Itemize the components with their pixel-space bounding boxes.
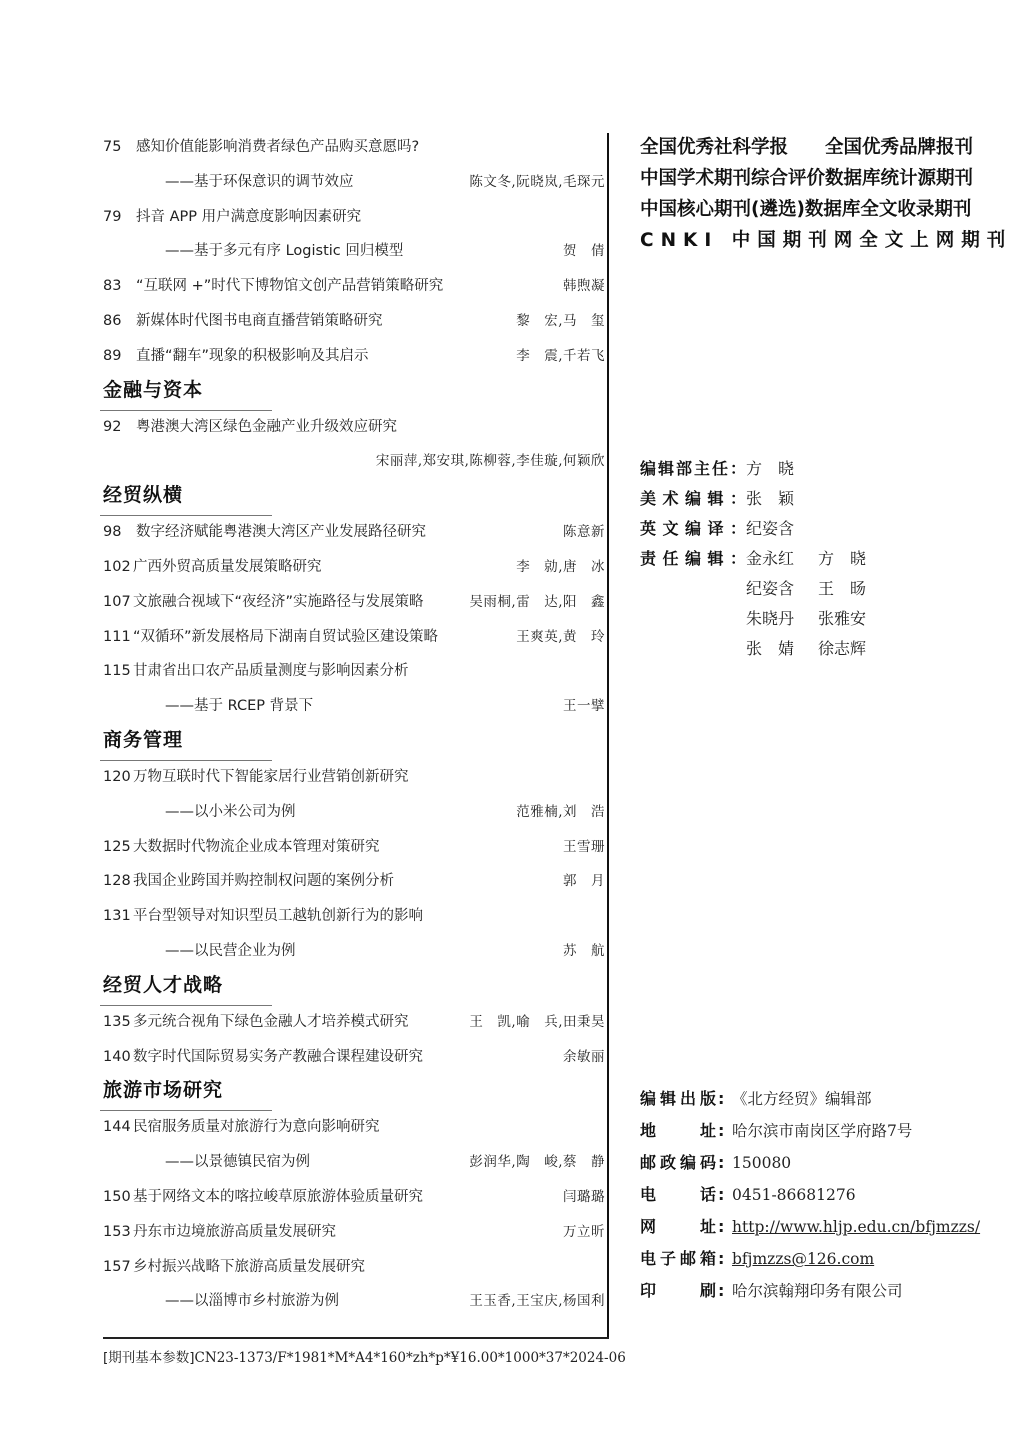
- toc-entry[interactable]: ——以景德镇民宿为例彭润华,陶 峻,蔡 静: [103, 1148, 605, 1183]
- toc-entry[interactable]: 宋丽萍,郑安琪,陈柳蓉,李佳璇,何颖欣: [103, 447, 605, 482]
- article-title: ——基于多元有序 Logistic 回归模型: [165, 237, 403, 265]
- article-title: ——基于环保意识的调节效应: [165, 168, 354, 196]
- journal-parameters-label: [期刊基本参数]: [103, 1350, 195, 1366]
- page-number: 75: [103, 133, 136, 161]
- toc-entry[interactable]: 92粤港澳大湾区绿色金融产业升级效应研究: [103, 413, 605, 448]
- colon: :: [716, 1245, 732, 1277]
- staff-names: 纪姿含王 旸: [746, 575, 890, 605]
- page-number: 128: [103, 867, 133, 895]
- article-title: 直播“翻车”现象的积极影响及其启示: [136, 342, 369, 370]
- toc-entry[interactable]: 157乡村振兴战略下旅游高质量发展研究: [103, 1253, 605, 1288]
- staff-name: 王 旸: [818, 575, 890, 603]
- staff-row: 编辑部主任：方 晓: [640, 455, 890, 485]
- staff-name: 纪姿含: [746, 575, 818, 603]
- honor-line: 中国核心期刊(遴选)数据库全文收录期刊: [640, 195, 940, 225]
- publication-label: 邮政编码: [640, 1149, 716, 1181]
- article-authors: 韩煦凝: [563, 272, 605, 300]
- staff-role: [640, 635, 746, 665]
- staff-names: 张 婧徐志辉: [746, 635, 890, 665]
- article-title: 数字经济赋能粤港澳大湾区产业发展路径研究: [136, 518, 426, 546]
- staff-names: 张 颖: [746, 485, 818, 515]
- toc-entry[interactable]: 135多元统合视角下绿色金融人才培养模式研究王 凯,喻 兵,田秉昊: [103, 1008, 605, 1043]
- section-title: 旅游市场研究: [103, 1075, 605, 1105]
- article-authors: 李 震,千若飞: [516, 342, 605, 370]
- honor-line: 全国优秀社科学报 全国优秀品牌报刊: [640, 133, 940, 163]
- publication-row: 邮政编码:150080: [640, 1149, 980, 1181]
- section-heading: 商务管理: [103, 725, 605, 763]
- article-title: “互联网 +”时代下博物馆文创产品营销策略研究: [136, 272, 443, 300]
- publication-link[interactable]: http://www.hljp.edu.cn/bfjmzzs/: [732, 1213, 980, 1245]
- page-number: 83: [103, 272, 136, 300]
- colon: :: [716, 1181, 732, 1213]
- staff-role: 编辑部主任：: [640, 455, 746, 485]
- article-authors: 王一擘: [563, 692, 605, 720]
- staff-names: 方 晓: [746, 455, 818, 485]
- page-number: 150: [103, 1183, 133, 1211]
- article-authors: 王 凯,喻 兵,田秉昊: [469, 1008, 605, 1036]
- colon: :: [716, 1213, 732, 1245]
- staff-name: 纪姿含: [746, 515, 818, 543]
- article-authors: 万立昕: [563, 1218, 605, 1246]
- publication-row: 地址:哈尔滨市南岗区学府路7号: [640, 1117, 980, 1149]
- article-title: ——以小米公司为例: [165, 798, 296, 826]
- toc-entry[interactable]: 131平台型领导对知识型员工越轨创新行为的影响: [103, 902, 605, 937]
- article-authors: 闫璐璐: [563, 1183, 605, 1211]
- page-number: 140: [103, 1043, 133, 1071]
- article-title: 广西外贸高质量发展策略研究: [133, 553, 322, 581]
- article-title: 民宿服务质量对旅游行为意向影响研究: [133, 1113, 380, 1141]
- article-authors: 贺 倩: [563, 237, 605, 265]
- publication-label: 电子邮箱: [640, 1245, 716, 1277]
- publication-value: 哈尔滨市南岗区学府路7号: [732, 1117, 912, 1149]
- article-authors: 彭润华,陶 峻,蔡 静: [469, 1148, 605, 1176]
- page-number: 115: [103, 657, 133, 685]
- publication-row: 编辑出版:《北方经贸》编辑部: [640, 1085, 980, 1117]
- page-number: 92: [103, 413, 136, 441]
- article-authors: 陈意新: [563, 518, 605, 546]
- section-underline: [100, 1005, 272, 1006]
- staff-row: 责任编辑：金永红方 晓: [640, 545, 890, 575]
- toc-entry[interactable]: 153丹东市边境旅游高质量发展研究万立昕: [103, 1218, 605, 1253]
- staff-name: 张雅安: [818, 605, 890, 633]
- staff-name: 张 婧: [746, 635, 818, 663]
- staff-names: 金永红方 晓: [746, 545, 890, 575]
- staff-row: 英文编译：纪姿含: [640, 515, 890, 545]
- honors-block: 全国优秀社科学报 全国优秀品牌报刊 中国学术期刊综合评价数据库统计源期刊 中国核…: [640, 133, 940, 257]
- page-number: 120: [103, 763, 133, 791]
- toc-entry[interactable]: 83“互联网 +”时代下博物馆文创产品营销策略研究韩煦凝: [103, 272, 605, 307]
- section-title: 经贸人才战略: [103, 970, 605, 1000]
- toc-entry[interactable]: ——基于环保意识的调节效应陈文冬,阮晓岚,毛琛元: [103, 168, 605, 203]
- article-title: “双循环”新发展格局下湖南自贸试验区建设策略: [133, 623, 438, 651]
- article-authors: 余敏丽: [563, 1043, 605, 1071]
- honor-line: CNKI 中国期刊网全文上网期刊: [640, 226, 940, 256]
- section-underline: [100, 1110, 272, 1111]
- staff-role: 美术编辑：: [640, 485, 746, 515]
- publication-value: 哈尔滨翰翔印务有限公司: [732, 1277, 903, 1309]
- publication-row: 电子邮箱:bfjmzzs@126.com: [640, 1245, 980, 1277]
- toc-entry[interactable]: 125大数据时代物流企业成本管理对策研究王雪珊: [103, 833, 605, 868]
- staff-name: 徐志辉: [818, 635, 890, 663]
- article-title: 甘肃省出口农产品质量测度与影响因素分析: [133, 657, 409, 685]
- staff-row: 纪姿含王 旸: [640, 575, 890, 605]
- section-underline: [100, 515, 272, 516]
- honor-line: 中国学术期刊综合评价数据库统计源期刊: [640, 164, 940, 194]
- staff-name: 方 晓: [746, 455, 818, 483]
- staff-names: 朱晓丹张雅安: [746, 605, 890, 635]
- staff-name: 张 颖: [746, 485, 818, 513]
- page-number: 157: [103, 1253, 133, 1281]
- article-authors: 陈文冬,阮晓岚,毛琛元: [469, 168, 605, 196]
- toc-entry[interactable]: 86新媒体时代图书电商直播营销策略研究黎 宏,马 玺: [103, 307, 605, 342]
- article-title: 万物互联时代下智能家居行业营销创新研究: [133, 763, 409, 791]
- colon: :: [716, 1117, 732, 1149]
- publication-label: 地址: [640, 1117, 716, 1149]
- article-title: 乡村振兴战略下旅游高质量发展研究: [133, 1253, 365, 1281]
- publication-info: 编辑出版:《北方经贸》编辑部地址:哈尔滨市南岗区学府路7号邮政编码:150080…: [640, 1085, 980, 1309]
- toc-entry[interactable]: 89直播“翻车”现象的积极影响及其启示李 震,千若飞: [103, 342, 605, 377]
- staff-row: 朱晓丹张雅安: [640, 605, 890, 635]
- publication-row: 网址:http://www.hljp.edu.cn/bfjmzzs/: [640, 1213, 980, 1245]
- publication-row: 印刷:哈尔滨翰翔印务有限公司: [640, 1277, 980, 1309]
- toc-entry[interactable]: ——以淄博市乡村旅游为例王玉香,王宝庆,杨国利: [103, 1287, 605, 1322]
- bottom-rule: [103, 1337, 609, 1339]
- section-title: 金融与资本: [103, 375, 605, 405]
- article-authors: 王玉香,王宝庆,杨国利: [469, 1287, 605, 1315]
- section-heading: 经贸人才战略: [103, 970, 605, 1008]
- publication-value: 150080: [732, 1149, 791, 1181]
- journal-parameters: [期刊基本参数]CN23-1373/F*1981*M*A4*160*zh*p*¥…: [103, 1346, 626, 1366]
- journal-parameters-value: CN23-1373/F*1981*M*A4*160*zh*p*¥16.00*10…: [195, 1350, 626, 1366]
- article-authors: 吴雨桐,雷 达,阳 鑫: [469, 588, 605, 616]
- article-title: ——以民营企业为例: [165, 937, 296, 965]
- toc-entry[interactable]: 79抖音 APP 用户满意度影响因素研究: [103, 203, 605, 238]
- article-title: 我国企业跨国并购控制权问题的案例分析: [133, 867, 394, 895]
- page-number: 144: [103, 1113, 133, 1141]
- toc-entry[interactable]: 128我国企业跨国并购控制权问题的案例分析郭 月: [103, 867, 605, 902]
- publication-link[interactable]: bfjmzzs@126.com: [732, 1245, 874, 1277]
- section-heading: 经贸纵横: [103, 480, 605, 518]
- page-number: 107: [103, 588, 133, 616]
- section-underline: [100, 760, 272, 761]
- article-title: 丹东市边境旅游高质量发展研究: [133, 1218, 336, 1246]
- article-authors: 李 勍,唐 冰: [516, 553, 605, 581]
- page-number: 102: [103, 553, 133, 581]
- staff-names: 纪姿含: [746, 515, 818, 545]
- staff-role: 责任编辑：: [640, 545, 746, 575]
- page-number: 98: [103, 518, 136, 546]
- article-authors: 范雅楠,刘 浩: [516, 798, 605, 826]
- editorial-staff: 编辑部主任：方 晓美术编辑：张 颖英文编译：纪姿含责任编辑：金永红方 晓纪姿含王…: [640, 455, 890, 665]
- table-of-contents: 75感知价值能影响消费者绿色产品购买意愿吗?——基于环保意识的调节效应陈文冬,阮…: [103, 133, 605, 1322]
- article-title: 抖音 APP 用户满意度影响因素研究: [136, 203, 361, 231]
- section-underline: [100, 410, 272, 411]
- toc-entry[interactable]: 150基于网络文本的喀拉峻草原旅游体验质量研究闫璐璐: [103, 1183, 605, 1218]
- staff-role: [640, 575, 746, 605]
- staff-name: 金永红: [746, 545, 818, 573]
- toc-entry[interactable]: 115甘肃省出口农产品质量测度与影响因素分析: [103, 657, 605, 692]
- column-divider: [607, 133, 609, 1337]
- publication-row: 电话:0451-86681276: [640, 1181, 980, 1213]
- staff-row: 美术编辑：张 颖: [640, 485, 890, 515]
- article-title: ——以淄博市乡村旅游为例: [165, 1287, 339, 1315]
- staff-role: 英文编译：: [640, 515, 746, 545]
- article-title: 新媒体时代图书电商直播营销策略研究: [136, 307, 383, 335]
- page-number: 135: [103, 1008, 133, 1036]
- article-authors: 宋丽萍,郑安琪,陈柳蓉,李佳璇,何颖欣: [376, 447, 605, 475]
- toc-entry[interactable]: 75感知价值能影响消费者绿色产品购买意愿吗?: [103, 133, 605, 168]
- article-title: ——以景德镇民宿为例: [165, 1148, 310, 1176]
- publication-label: 网址: [640, 1213, 716, 1245]
- publication-label: 电话: [640, 1181, 716, 1213]
- article-title: 数字时代国际贸易实务产教融合课程建设研究: [133, 1043, 423, 1071]
- article-title: ——基于 RCEP 背景下: [165, 692, 313, 720]
- toc-entry[interactable]: ——以小米公司为例范雅楠,刘 浩: [103, 798, 605, 833]
- article-authors: 王爽英,黄 玲: [516, 623, 605, 651]
- staff-name: 方 晓: [818, 545, 890, 573]
- article-title: 感知价值能影响消费者绿色产品购买意愿吗?: [136, 133, 419, 161]
- staff-role: [640, 605, 746, 635]
- article-title: 大数据时代物流企业成本管理对策研究: [133, 833, 380, 861]
- article-authors: 黎 宏,马 玺: [516, 307, 605, 335]
- toc-entry[interactable]: ——以民营企业为例苏 航: [103, 937, 605, 972]
- page-number: 131: [103, 902, 133, 930]
- page-number: 111: [103, 623, 133, 651]
- article-authors: 郭 月: [563, 867, 605, 895]
- article-title: 粤港澳大湾区绿色金融产业升级效应研究: [136, 413, 397, 441]
- section-title: 商务管理: [103, 725, 605, 755]
- toc-entry[interactable]: ——基于 RCEP 背景下王一擘: [103, 692, 605, 727]
- staff-row: 张 婧徐志辉: [640, 635, 890, 665]
- article-title: 多元统合视角下绿色金融人才培养模式研究: [133, 1008, 409, 1036]
- colon: :: [716, 1085, 732, 1117]
- section-heading: 旅游市场研究: [103, 1075, 605, 1113]
- publication-value: 0451-86681276: [732, 1181, 856, 1213]
- article-title: 文旅融合视域下“夜经济”实施路径与发展策略: [133, 588, 424, 616]
- toc-entry[interactable]: 107文旅融合视域下“夜经济”实施路径与发展策略吴雨桐,雷 达,阳 鑫: [103, 588, 605, 623]
- publication-label: 编辑出版: [640, 1085, 716, 1117]
- toc-entry[interactable]: 98数字经济赋能粤港澳大湾区产业发展路径研究陈意新: [103, 518, 605, 553]
- toc-entry[interactable]: 140数字时代国际贸易实务产教融合课程建设研究余敏丽: [103, 1043, 605, 1078]
- page-number: 153: [103, 1218, 133, 1246]
- staff-name: 朱晓丹: [746, 605, 818, 633]
- colon: :: [716, 1149, 732, 1181]
- page-number: 86: [103, 307, 136, 335]
- article-authors: 苏 航: [563, 937, 605, 965]
- article-title: 基于网络文本的喀拉峻草原旅游体验质量研究: [133, 1183, 423, 1211]
- toc-entry[interactable]: 120万物互联时代下智能家居行业营销创新研究: [103, 763, 605, 798]
- publication-label: 印刷: [640, 1277, 716, 1309]
- toc-entry[interactable]: ——基于多元有序 Logistic 回归模型贺 倩: [103, 237, 605, 272]
- page-number: 79: [103, 203, 136, 231]
- toc-entry[interactable]: 102广西外贸高质量发展策略研究李 勍,唐 冰: [103, 553, 605, 588]
- toc-entry[interactable]: 144民宿服务质量对旅游行为意向影响研究: [103, 1113, 605, 1148]
- publication-value: 《北方经贸》编辑部: [732, 1085, 872, 1117]
- page-number: 125: [103, 833, 133, 861]
- toc-entry[interactable]: 111“双循环”新发展格局下湖南自贸试验区建设策略王爽英,黄 玲: [103, 623, 605, 658]
- colon: :: [716, 1277, 732, 1309]
- article-authors: 王雪珊: [563, 833, 605, 861]
- section-title: 经贸纵横: [103, 480, 605, 510]
- article-title: 平台型领导对知识型员工越轨创新行为的影响: [133, 902, 423, 930]
- section-heading: 金融与资本: [103, 375, 605, 413]
- page-number: 89: [103, 342, 136, 370]
